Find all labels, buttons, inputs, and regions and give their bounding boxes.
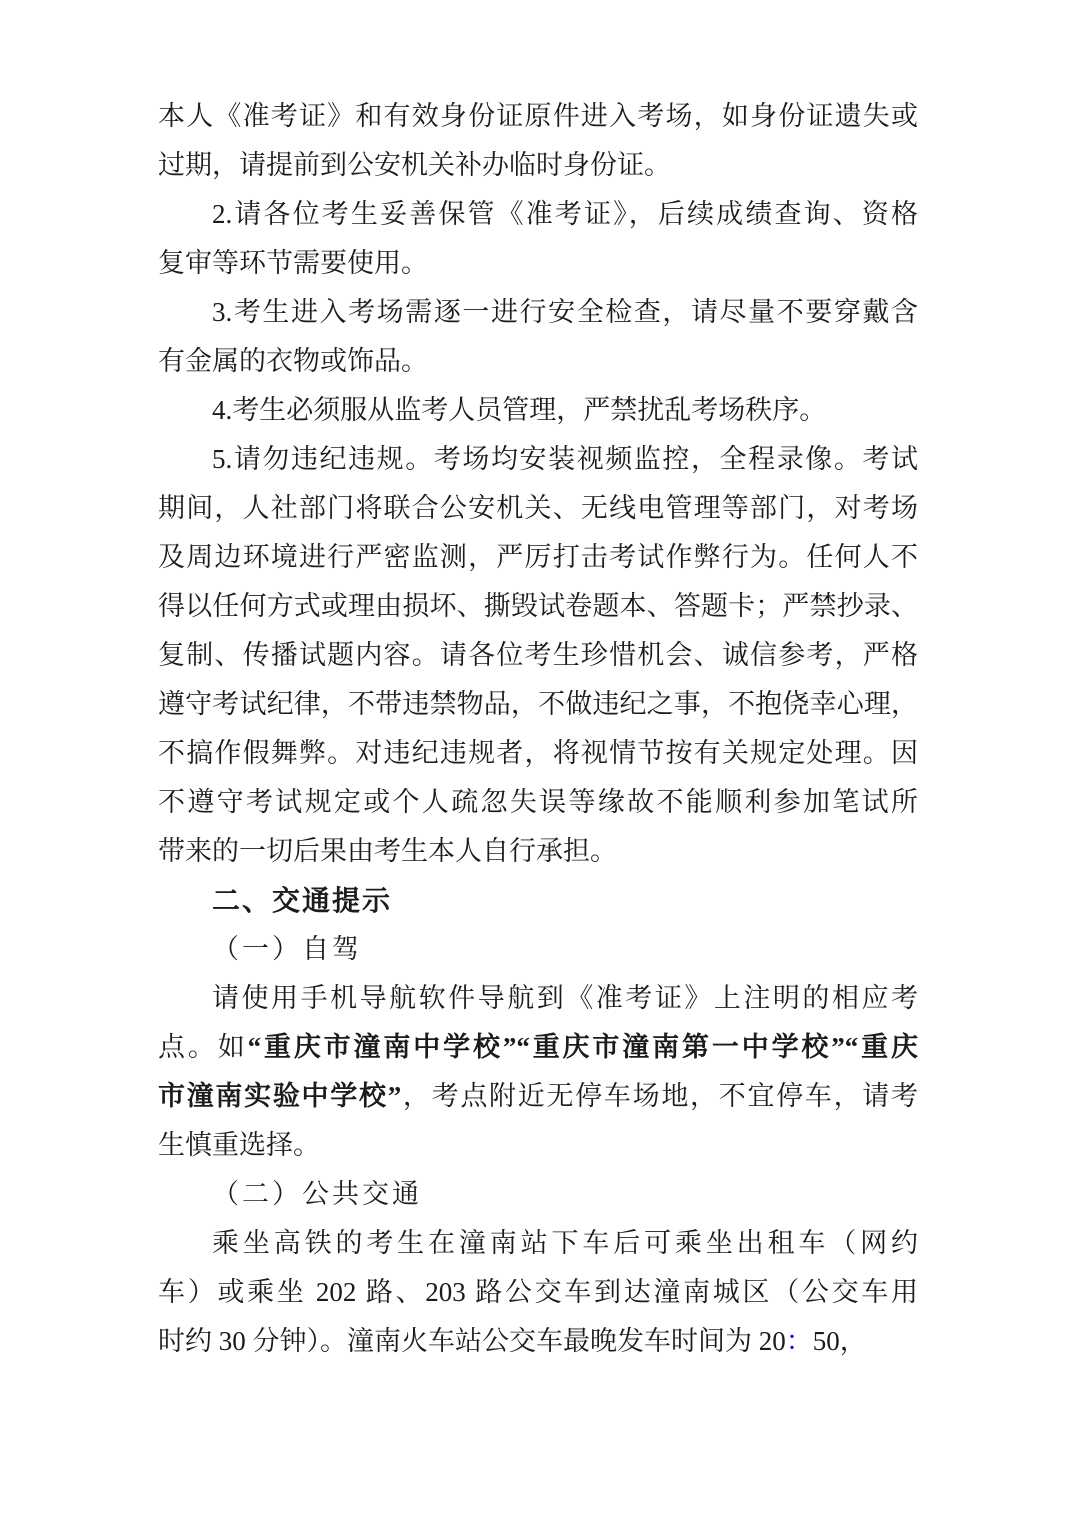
- body-line: 过期，请提前到公安机关补办临时身份证。: [158, 141, 918, 190]
- body-text: 4.考生必须服从监考人员管理，严禁扰乱考场秩序。: [212, 395, 826, 425]
- body-text: 生慎重选择。: [158, 1130, 320, 1160]
- body-line: 请使用手机导航软件导航到《准考证》上注明的相应考: [158, 974, 918, 1023]
- document-page: 本人《准考证》和有效身份证原件进入考场，如身份证遗失或 过期，请提前到公安机关补…: [0, 0, 1074, 1520]
- body-line: 复审等环节需要使用。: [158, 239, 918, 288]
- time-colon-blue: ：: [786, 1326, 813, 1356]
- body-line: 车）或乘坐 202 路、203 路公交车到达潼南城区（公交车用: [158, 1268, 918, 1317]
- body-text: 带来的一切后果由考生本人自行承担。: [158, 836, 617, 866]
- body-line: 得以任何方式或理由损坏、撕毁试卷题本、答题卡；严禁抄录、: [158, 582, 918, 631]
- body-text: 过期，请提前到公安机关补办临时身份证。: [158, 150, 671, 180]
- subsection-heading-self-driving: （一）自驾: [158, 925, 918, 974]
- body-line: 2.请各位考生妥善保管《准考证》，后续成绩查询、资格: [158, 190, 918, 239]
- body-text: 有金属的衣物或饰品。: [158, 346, 428, 376]
- body-line: 带来的一切后果由考生本人自行承担。: [158, 827, 918, 876]
- body-line: 不遵守考试规定或个人疏忽失误等缘故不能顺利参加笔试所: [158, 778, 918, 827]
- body-text: 5.请勿违纪违规。考场均安装视频监控，全程录像。考试: [212, 444, 918, 474]
- subsection-heading-text: （一）自驾: [212, 934, 362, 964]
- body-line: 市潼南实验中学校”，考点附近无停车场地，不宜停车，请考: [158, 1072, 918, 1121]
- body-line: 期间，人社部门将联合公安机关、无线电管理等部门，对考场: [158, 484, 918, 533]
- body-text: 3.考生进入考场需逐一进行安全检查，请尽量不要穿戴含: [212, 297, 918, 327]
- body-line: 点。如“重庆市潼南中学校”“重庆市潼南第一中学校”“重庆: [158, 1023, 918, 1072]
- body-line: 5.请勿违纪违规。考场均安装视频监控，全程录像。考试: [158, 435, 918, 484]
- body-text: 乘坐高铁的考生在潼南站下车后可乘坐出租车（网约: [212, 1228, 918, 1258]
- body-text: 遵守考试纪律，不带违禁物品，不做违纪之事，不抱侥幸心理，: [158, 689, 918, 719]
- body-text: 50，: [813, 1326, 867, 1356]
- exam-site-names-bold: 市潼南实验中学校”: [158, 1081, 401, 1111]
- body-text: 时约 30 分钟）。潼南火车站公交车最晚发车时间为 20: [158, 1326, 786, 1356]
- body-text: 不搞作假舞弊。对违纪违规者，将视情节按有关规定处理。因: [158, 738, 918, 768]
- body-text: 及周边环境进行严密监测，严厉打击考试作弊行为。任何人不: [158, 542, 918, 572]
- body-text: 2.请各位考生妥善保管《准考证》，后续成绩查询、资格: [212, 199, 918, 229]
- body-line: 不搞作假舞弊。对违纪违规者，将视情节按有关规定处理。因: [158, 729, 918, 778]
- body-line: 生慎重选择。: [158, 1121, 918, 1170]
- body-text: 点。如: [158, 1032, 248, 1062]
- body-line: 遵守考试纪律，不带违禁物品，不做违纪之事，不抱侥幸心理，: [158, 680, 918, 729]
- body-text: 复制、传播试题内容。请各位考生珍惜机会、诚信参考，严格: [158, 640, 918, 670]
- body-text: 复审等环节需要使用。: [158, 248, 428, 278]
- body-line: 本人《准考证》和有效身份证原件进入考场，如身份证遗失或: [158, 92, 918, 141]
- body-text: 得以任何方式或理由损坏、撕毁试卷题本、答题卡；严禁抄录、: [158, 591, 918, 621]
- body-text: 本人《准考证》和有效身份证原件进入考场，如身份证遗失或: [158, 101, 918, 131]
- body-text: 请使用手机导航软件导航到《准考证》上注明的相应考: [212, 983, 918, 1013]
- body-line: 有金属的衣物或饰品。: [158, 337, 918, 386]
- body-line: 时约 30 分钟）。潼南火车站公交车最晚发车时间为 20：50，: [158, 1317, 918, 1366]
- section-heading: 二、交通提示: [158, 876, 918, 925]
- body-line: 乘坐高铁的考生在潼南站下车后可乘坐出租车（网约: [158, 1219, 918, 1268]
- exam-site-names-bold: “重庆市潼南中学校”“重庆市潼南第一中学校”“重庆: [248, 1032, 918, 1062]
- body-line: 4.考生必须服从监考人员管理，严禁扰乱考场秩序。: [158, 386, 918, 435]
- document-body: 本人《准考证》和有效身份证原件进入考场，如身份证遗失或 过期，请提前到公安机关补…: [158, 92, 918, 1366]
- body-line: 及周边环境进行严密监测，严厉打击考试作弊行为。任何人不: [158, 533, 918, 582]
- section-heading-text: 二、交通提示: [212, 885, 392, 916]
- body-line: 复制、传播试题内容。请各位考生珍惜机会、诚信参考，严格: [158, 631, 918, 680]
- subsection-heading-text: （二）公共交通: [212, 1179, 422, 1209]
- body-text: 期间，人社部门将联合公安机关、无线电管理等部门，对考场: [158, 493, 918, 523]
- subsection-heading-public-transport: （二）公共交通: [158, 1170, 918, 1219]
- body-text: 不遵守考试规定或个人疏忽失误等缘故不能顺利参加笔试所: [158, 787, 918, 817]
- body-line: 3.考生进入考场需逐一进行安全检查，请尽量不要穿戴含: [158, 288, 918, 337]
- body-text: 车）或乘坐 202 路、203 路公交车到达潼南城区（公交车用: [158, 1277, 918, 1307]
- body-text: ，考点附近无停车场地，不宜停车，请考: [401, 1081, 918, 1111]
